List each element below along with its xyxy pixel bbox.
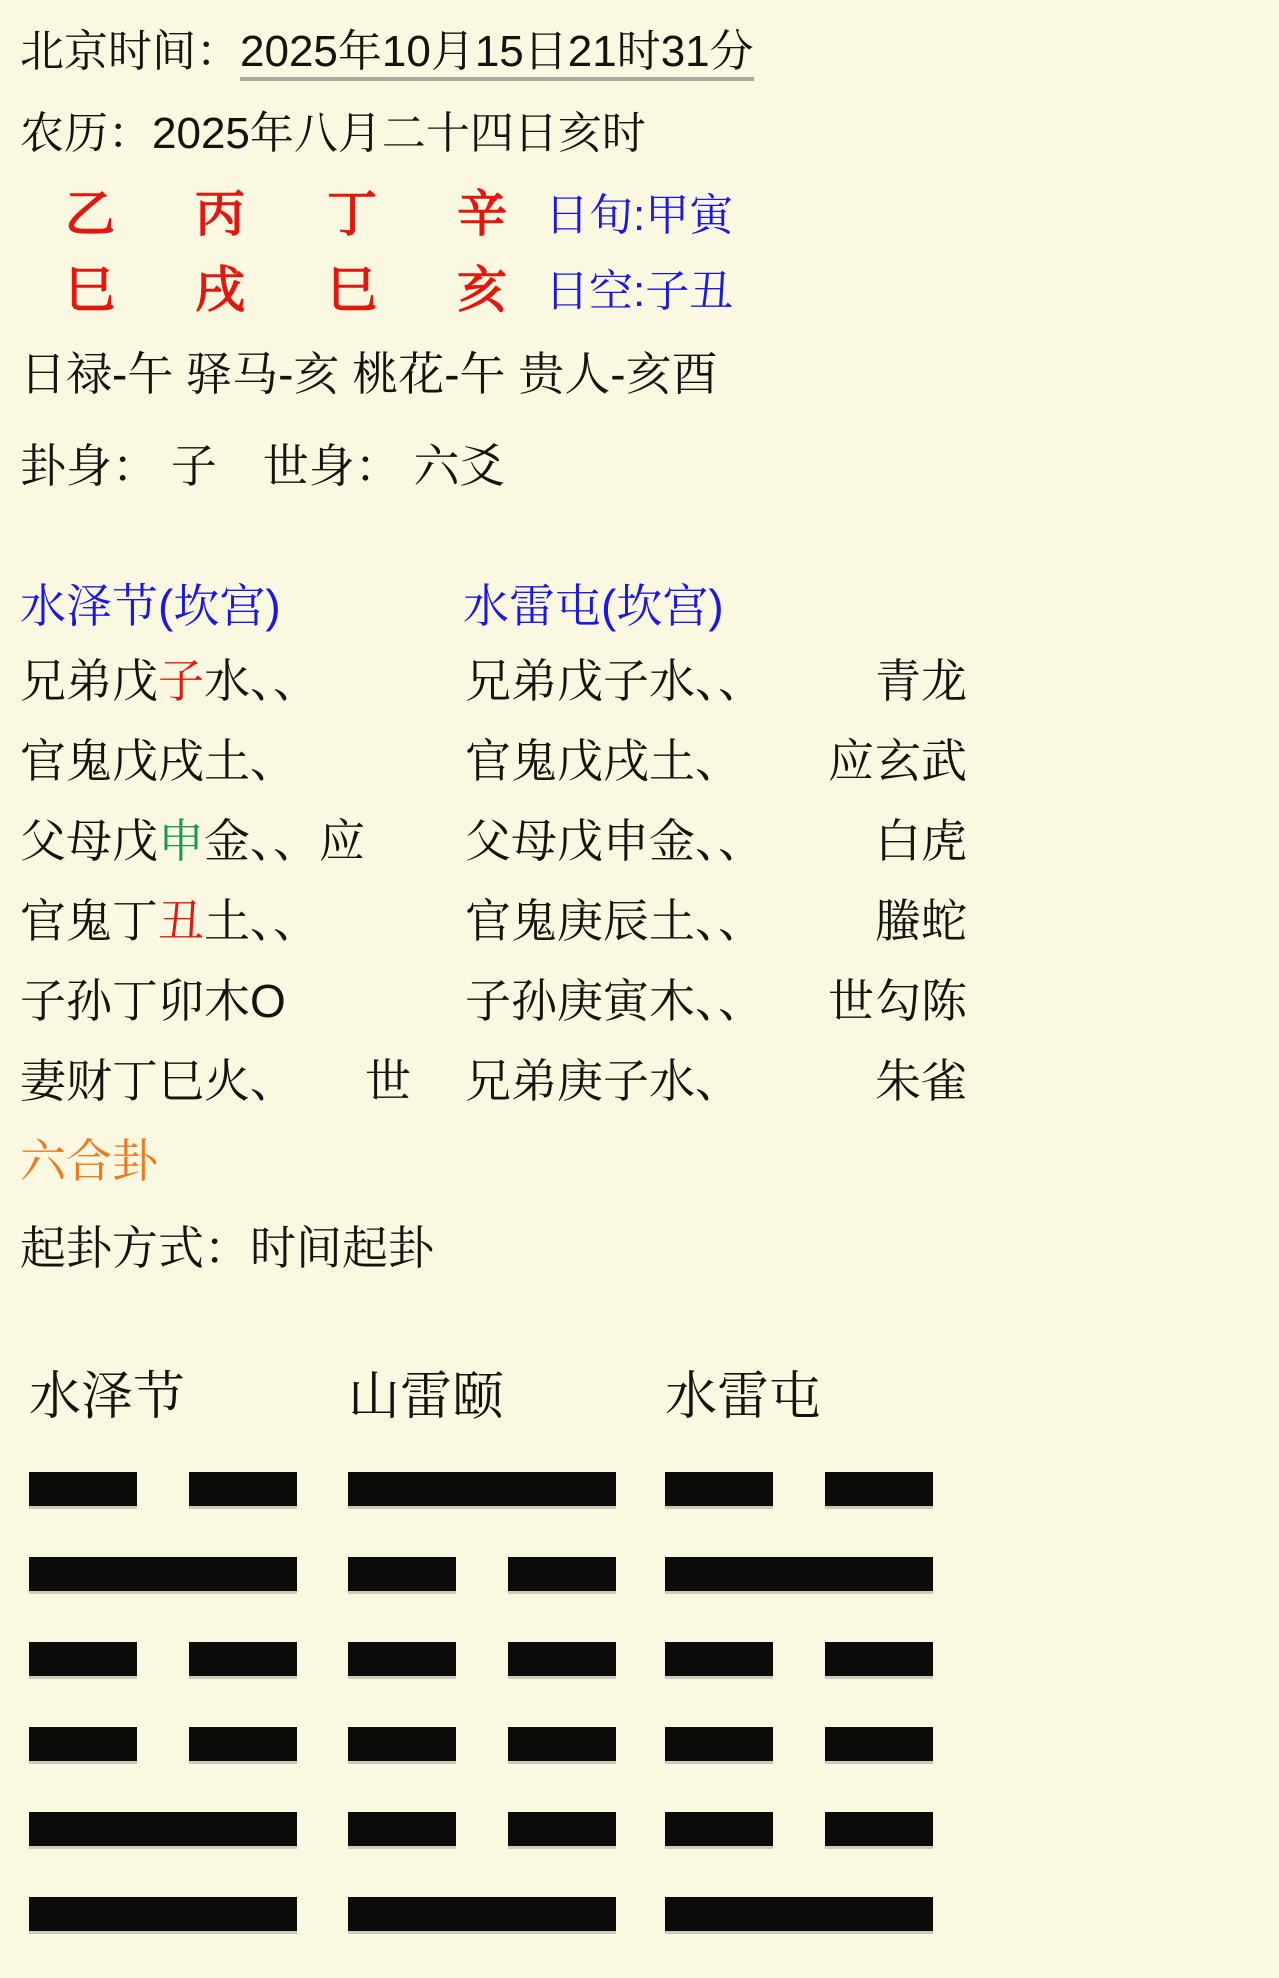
- yin-line-half: [29, 1727, 137, 1761]
- yin-line-half: [189, 1472, 297, 1506]
- six-god-label: 朱雀: [875, 1055, 967, 1107]
- line-text-segment: 子孙丁卯木O: [20, 975, 286, 1027]
- yin-line-half: [508, 1557, 616, 1591]
- six-god-cell: 螣蛇: [828, 895, 967, 947]
- yin-line-half: [665, 1472, 773, 1506]
- yin-line-half: [29, 1642, 137, 1676]
- month-branch: 戌: [190, 262, 250, 318]
- yin-line: [665, 1727, 933, 1761]
- day-stem: 丁: [322, 186, 382, 242]
- hexagram-diagram: 山雷颐: [348, 1370, 616, 1978]
- yang-line: [665, 1897, 933, 1931]
- six-god-cell: 应玄武: [828, 735, 967, 787]
- six-god-cell: 世勾陈: [828, 975, 967, 1027]
- yin-line-half: [508, 1727, 616, 1761]
- main-hexagram-title: 水泽节(坎宫): [20, 580, 281, 632]
- month-stem: 丙: [190, 186, 250, 242]
- main-hexagram-line-text: 子孙丁卯木O: [20, 975, 286, 1027]
- yin-line-half: [189, 1727, 297, 1761]
- day-kong-label: 日空:子丑: [545, 266, 733, 318]
- yang-line: [348, 1472, 616, 1506]
- yin-line-half: [508, 1812, 616, 1846]
- six-god-label: 青龙: [875, 655, 967, 707]
- yin-line: [348, 1727, 616, 1761]
- yin-line-half: [665, 1727, 773, 1761]
- main-hexagram-line-text: 妻财丁巳火、 世: [20, 1055, 411, 1107]
- earthly-branches-row: 巳 戌 巳 亥 日空:子丑: [0, 262, 1279, 318]
- hexagram-diagram-lines: [29, 1472, 297, 1931]
- changed-hexagram-line-text: 兄弟戊子水、、: [465, 655, 764, 707]
- yin-line-half: [29, 1472, 137, 1506]
- line-text-segment: 官鬼戊戌土、: [20, 735, 296, 787]
- guashen-line: 卦身： 子 世身： 六爻: [0, 440, 1279, 492]
- changed-hexagram-line-text: 官鬼庚辰土、、: [465, 895, 764, 947]
- six-god-cell: 青龙: [828, 655, 967, 707]
- highlighted-branch: 丑: [158, 895, 204, 947]
- day-xun-label: 日旬:甲寅: [545, 190, 733, 242]
- changed-hexagram-title: 水雷屯(坎宫): [463, 580, 724, 632]
- beijing-time-label: 北京时间：: [20, 27, 240, 76]
- yin-line: [665, 1812, 933, 1846]
- liuhe-tag: 六合卦: [0, 1135, 1279, 1187]
- line-text-segment: 金、、应: [204, 815, 365, 867]
- changed-hexagram-line-text: 官鬼戊戌土、: [465, 735, 741, 787]
- changed-hexagram-line-text: 父母戊申金、、: [465, 815, 764, 867]
- yin-line-half: [348, 1642, 456, 1676]
- yin-line-half: [665, 1642, 773, 1676]
- yin-line-half: [825, 1812, 933, 1846]
- yin-line: [665, 1472, 933, 1506]
- main-hexagram-line-text: 兄弟戊子水、、: [20, 655, 319, 707]
- six-god-cell: 朱雀: [828, 1055, 967, 1107]
- yin-line-half: [665, 1812, 773, 1846]
- yin-line: [348, 1557, 616, 1591]
- hexagram-titles: 水泽节(坎宫) 水雷屯(坎宫): [0, 580, 1279, 632]
- hexagram-diagram-name: 水雷屯: [665, 1370, 933, 1424]
- six-god-label: 勾陈: [875, 975, 967, 1027]
- divination-page: 北京时间：2025年10月15日21时31分 农历：2025年八月二十四日亥时 …: [0, 0, 1279, 1978]
- yin-line-half: [189, 1642, 297, 1676]
- hexagram-line-row: 妻财丁巳火、 世兄弟庚子水、朱雀: [0, 1055, 1279, 1107]
- yang-line: [29, 1557, 297, 1591]
- hexagram-diagram-lines: [665, 1472, 933, 1931]
- qigua-method-line: 起卦方式：时间起卦: [0, 1222, 1279, 1274]
- line-text-segment: 官鬼丁: [20, 895, 158, 947]
- yin-line: [348, 1812, 616, 1846]
- hour-stem: 辛: [452, 186, 512, 242]
- beijing-time-value[interactable]: 2025年10月15日21时31分: [240, 27, 754, 81]
- yin-line-half: [825, 1472, 933, 1506]
- hexagram-lines-table: 兄弟戊子水、、兄弟戊子水、、青龙官鬼戊戌土、官鬼戊戌土、应玄武父母戊申金、、应父…: [0, 655, 1279, 1107]
- hexagram-line-row: 兄弟戊子水、、兄弟戊子水、、青龙: [0, 655, 1279, 707]
- yin-line: [29, 1642, 297, 1676]
- hour-branch: 亥: [452, 262, 512, 318]
- shensha-line: 日禄-午 驿马-亥 桃花-午 贵人-亥酉: [0, 348, 1279, 400]
- highlighted-branch: 申: [158, 815, 204, 867]
- yang-line: [665, 1557, 933, 1591]
- hexagram-diagram-name: 水泽节: [29, 1370, 297, 1424]
- yin-line: [29, 1472, 297, 1506]
- shi-ying-marker: 世: [828, 975, 875, 1027]
- hexagram-line-row: 官鬼丁丑土、、官鬼庚辰土、、螣蛇: [0, 895, 1279, 947]
- six-god-label: 白虎: [875, 815, 967, 867]
- hexagram-line-row: 子孙丁卯木O子孙庚寅木、、世勾陈: [0, 975, 1279, 1027]
- yin-line-half: [508, 1642, 616, 1676]
- line-text-segment: 兄弟戊: [20, 655, 158, 707]
- main-hexagram-line-text: 官鬼丁丑土、、: [20, 895, 319, 947]
- main-hexagram-line-text: 父母戊申金、、应: [20, 815, 365, 867]
- line-text-segment: 土、、: [204, 895, 319, 947]
- highlighted-branch: 子: [158, 655, 204, 707]
- line-text-segment: 水、、: [204, 655, 319, 707]
- hexagram-diagram-lines: [348, 1472, 616, 1931]
- shi-ying-marker: 应: [828, 735, 875, 787]
- yin-line: [29, 1727, 297, 1761]
- six-god-label: 玄武: [875, 735, 967, 787]
- hexagram-diagrams: 水泽节山雷颐水雷屯: [0, 1370, 1279, 1978]
- changed-hexagram-line-text: 兄弟庚子水、: [465, 1055, 741, 1107]
- day-branch: 巳: [322, 262, 382, 318]
- yin-line-half: [348, 1727, 456, 1761]
- yang-line: [29, 1812, 297, 1846]
- yin-line-half: [348, 1812, 456, 1846]
- yin-line-half: [825, 1727, 933, 1761]
- six-god-cell: 白虎: [828, 815, 967, 867]
- hexagram-line-row: 父母戊申金、、应父母戊申金、、白虎: [0, 815, 1279, 867]
- main-hexagram-line-text: 官鬼戊戌土、: [20, 735, 296, 787]
- changed-hexagram-line-text: 子孙庚寅木、、: [465, 975, 764, 1027]
- heavenly-stems-row: 乙 丙 丁 辛 日旬:甲寅: [0, 186, 1279, 242]
- yin-line: [348, 1642, 616, 1676]
- hexagram-diagram: 水雷屯: [665, 1370, 933, 1978]
- line-text-segment: 妻财丁巳火、 世: [20, 1055, 411, 1107]
- yin-line-half: [825, 1642, 933, 1676]
- yin-line: [665, 1642, 933, 1676]
- year-stem: 乙: [60, 186, 120, 242]
- hexagram-diagram: 水泽节: [29, 1370, 297, 1978]
- beijing-time-line: 北京时间：2025年10月15日21时31分: [0, 0, 1279, 78]
- hexagram-line-row: 官鬼戊戌土、官鬼戊戌土、应玄武: [0, 735, 1279, 787]
- yin-line-half: [348, 1557, 456, 1591]
- line-text-segment: 父母戊: [20, 815, 158, 867]
- yang-line: [29, 1897, 297, 1931]
- hexagram-diagram-name: 山雷颐: [348, 1370, 616, 1424]
- six-god-label: 螣蛇: [875, 895, 967, 947]
- yang-line: [348, 1897, 616, 1931]
- year-branch: 巳: [60, 262, 120, 318]
- lunar-date-line: 农历：2025年八月二十四日亥时: [0, 108, 1279, 160]
